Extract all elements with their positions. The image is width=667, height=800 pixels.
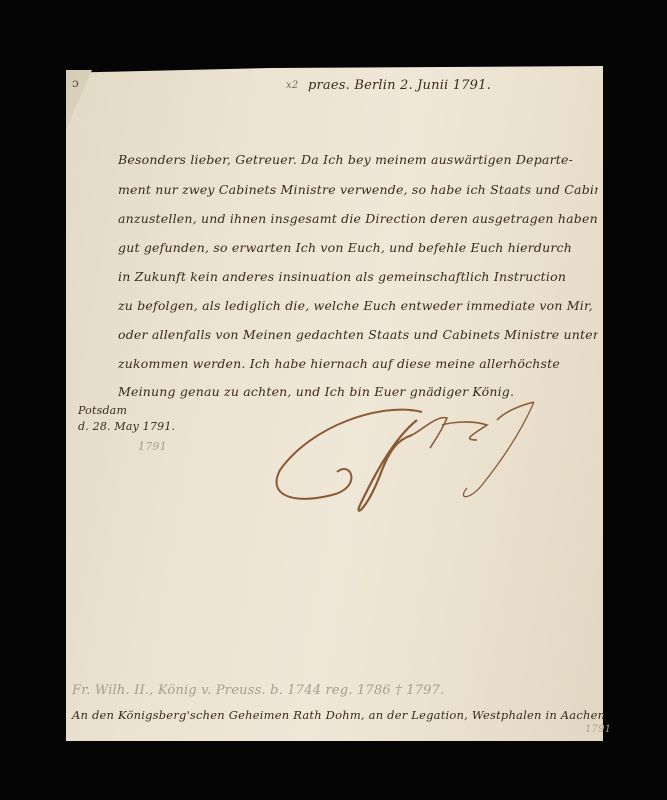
body-line: ment nur zwey Cabinets Ministre verwende… [118,182,598,197]
received-date-header: praes. Berlin 2. Junii 1791. [308,78,491,93]
body-line: in Zukunft kein anderes insinuation als … [118,269,598,284]
date-text: d. 28. May 1791. [78,420,175,433]
pencil-note: Fr. Wilh. II., König v. Preuss. b. 1744 … [72,683,444,698]
body-line: Besonders lieber, Getreuer. Da Ich bey m… [118,152,598,167]
body-line: gut gefunden, so erwarten Ich von Euch, … [118,240,598,255]
body-line: Meinung genau zu achten, und Ich bin Eue… [118,384,598,399]
body-line: zu befolgen, als lediglich die, welche E… [118,298,598,313]
signature-flourish [272,400,572,550]
place-text: Potsdam [78,402,127,419]
body-line: anzustellen, und ihnen insgesamt die Dir… [118,211,598,226]
folio-mark: x2 [286,80,298,91]
body-line: zukommen werden. Ich habe hiernach auf d… [118,356,598,371]
pencil-year-corner: 1791 [585,724,611,735]
pencil-year: 1791 [138,440,167,453]
corner-mark: ɔ [72,76,79,90]
addressee-note: An den Königsberg'schen Geheimen Rath Do… [72,708,605,722]
body-line: oder allenfalls von Meinen gedachten Sta… [118,327,598,342]
